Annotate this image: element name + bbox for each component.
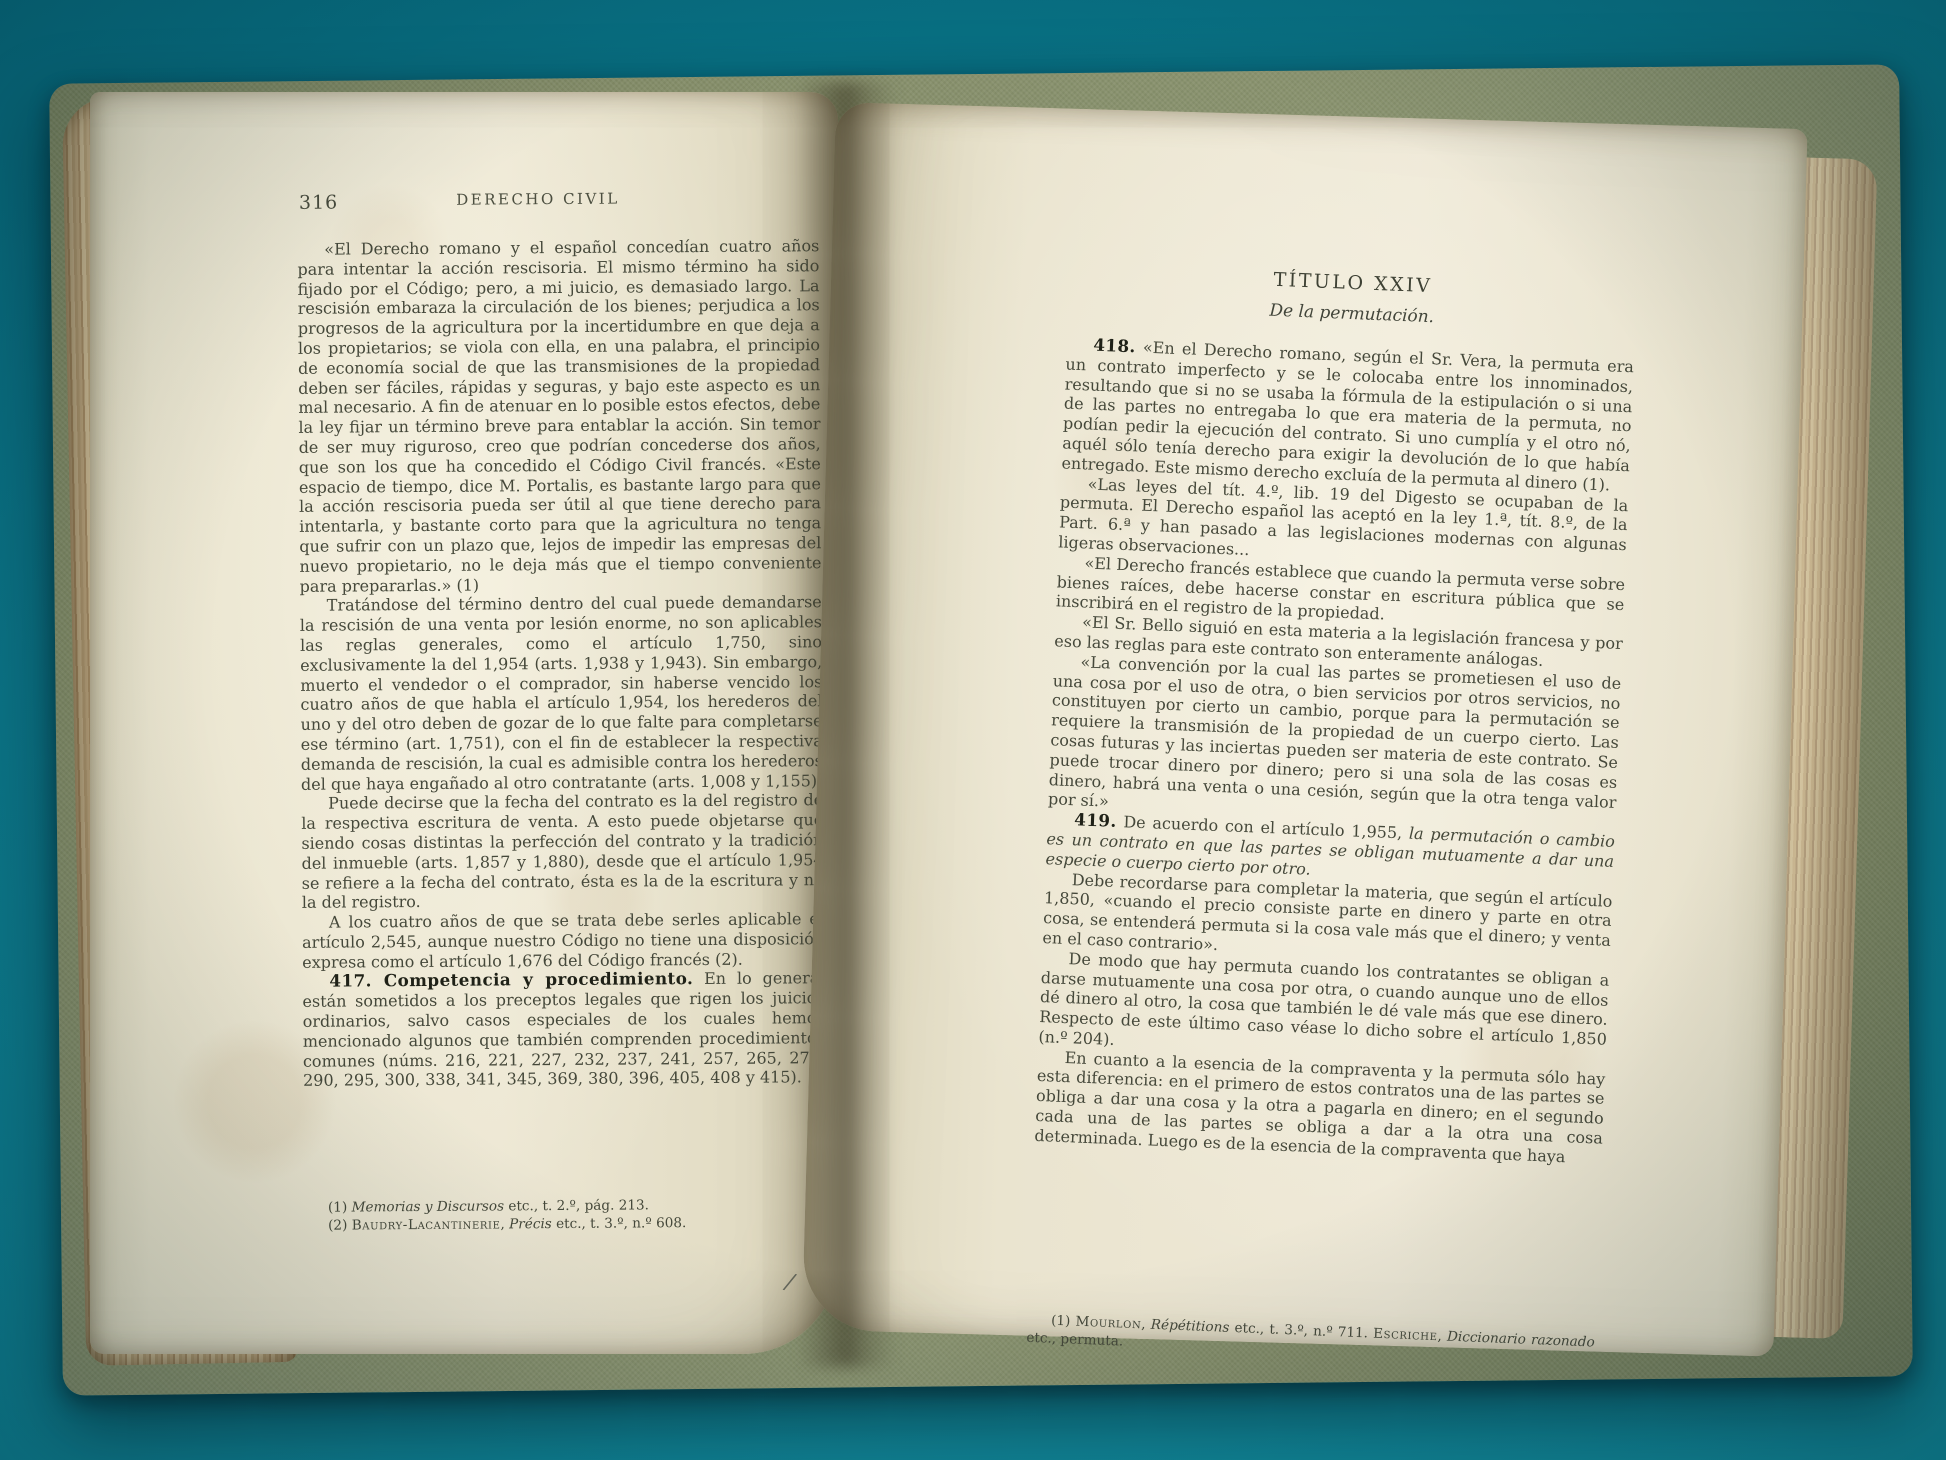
paragraph: A los cuatro años de que se trata debe s…	[302, 909, 824, 972]
right-page-body: 418. «En el Derecho romano, según el Sr.…	[1034, 335, 1634, 1169]
pen-mark: /	[783, 1270, 795, 1296]
left-page-text-block: 316 DERECHO CIVIL «El Derecho romano y e…	[297, 188, 825, 1091]
paragraph: 418. «En el Derecho romano, según el Sr.…	[1061, 335, 1634, 496]
left-page-body: «El Derecho romano y el español concedía…	[297, 236, 825, 1091]
paragraph: «La convención por la cual las partes se…	[1048, 651, 1622, 832]
paragraph: Puede decirse que la fecha del contrato …	[301, 790, 824, 912]
left-page-header: 316 DERECHO CIVIL	[297, 188, 819, 218]
right-page-text-block: TÍTULO XXIV De la permutación. 418. «En …	[1034, 261, 1637, 1169]
paragraph: Tratándose del término dentro del cual p…	[300, 593, 823, 795]
left-page: 316 DERECHO CIVIL «El Derecho romano y e…	[90, 92, 838, 1354]
photo-open-book: 316 DERECHO CIVIL «El Derecho romano y e…	[0, 0, 1946, 1460]
running-header: DERECHO CIVIL	[297, 188, 819, 210]
right-page: TÍTULO XXIV De la permutación. 418. «En …	[802, 102, 1808, 1357]
paragraph: 417. Competencia y procedimiento. En lo …	[302, 969, 825, 1091]
page-number: 316	[299, 192, 338, 214]
footnote: (2) Baudry-Lacantinerie, Précis etc., t.…	[304, 1214, 826, 1235]
paragraph: «El Derecho romano y el español concedía…	[297, 236, 821, 596]
left-page-footnotes: (1) Memorias y Discursos etc., t. 2.º, p…	[304, 1196, 826, 1235]
